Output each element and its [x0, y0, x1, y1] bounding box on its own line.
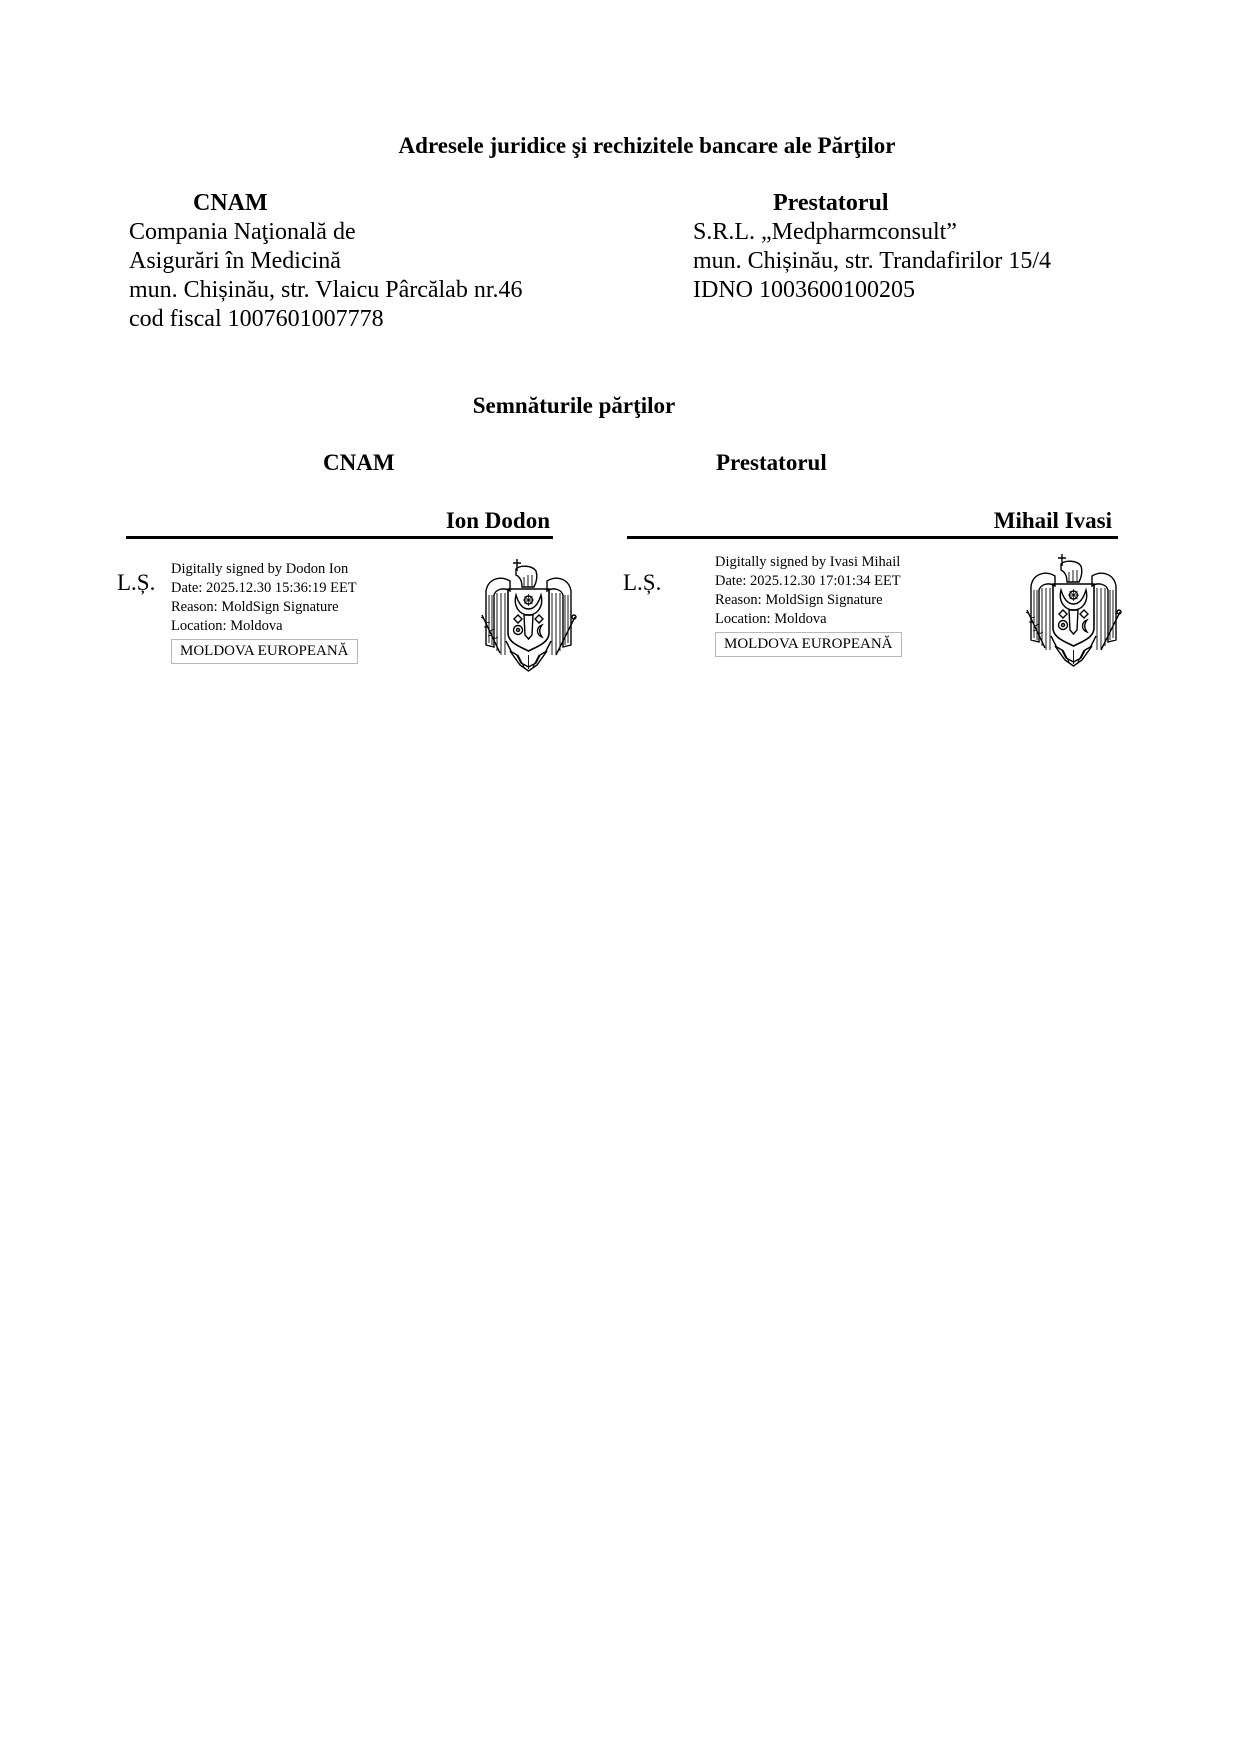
signature-date: Date: 2025.12.30 15:36:19 EET — [171, 579, 358, 598]
signature-badge: MOLDOVA EUROPEANĂ — [171, 639, 358, 664]
right-party-line: S.R.L. „Medpharmconsult” — [693, 218, 1051, 247]
right-seal-label: L.Ș. — [623, 570, 661, 596]
left-party-line: cod fiscal 1007601007778 — [129, 305, 523, 334]
left-signature-party: CNAM — [323, 449, 395, 477]
right-party-line: mun. Chișinău, str. Trandafirilor 15/4 — [693, 247, 1051, 276]
right-signature-line — [627, 536, 1118, 539]
left-party-line: Asigurări în Medicină — [129, 247, 523, 276]
right-party-line: IDNO 1003600100205 — [693, 276, 1051, 305]
right-party-heading: Prestatorul — [773, 189, 889, 218]
left-party-line: Compania Naţională de — [129, 218, 523, 247]
left-seal-label: L.Ș. — [117, 570, 155, 596]
signature-location: Location: Moldova — [171, 617, 358, 636]
signature-location: Location: Moldova — [715, 610, 902, 629]
signature-badge: MOLDOVA EUROPEANĂ — [715, 632, 902, 657]
signature-reason: Reason: MoldSign Signature — [715, 591, 902, 610]
right-digital-signature[interactable]: Digitally signed by Ivasi Mihail Date: 2… — [715, 553, 902, 657]
moldova-coat-of-arms-icon — [1025, 550, 1122, 667]
left-party-heading: CNAM — [193, 189, 268, 218]
right-signer-name: Mihail Ivasi — [994, 507, 1112, 535]
addresses-title: Adresele juridice şi rechizitele bancare… — [0, 132, 1241, 160]
signatures-title: Semnăturile părţilor — [0, 392, 1148, 420]
moldova-coat-of-arms-icon — [480, 555, 577, 672]
signature-reason: Reason: MoldSign Signature — [171, 598, 358, 617]
left-signature-line — [126, 536, 553, 539]
right-party-address: S.R.L. „Medpharmconsult” mun. Chișinău, … — [693, 218, 1051, 305]
signature-date: Date: 2025.12.30 17:01:34 EET — [715, 572, 902, 591]
signed-by-text: Digitally signed by Dodon Ion — [171, 560, 358, 579]
right-signature-party: Prestatorul — [716, 449, 827, 477]
left-digital-signature[interactable]: Digitally signed by Dodon Ion Date: 2025… — [171, 560, 358, 664]
left-party-address: Compania Naţională de Asigurări în Medic… — [129, 218, 523, 334]
left-party-line: mun. Chișinău, str. Vlaicu Pârcălab nr.4… — [129, 276, 523, 305]
signed-by-text: Digitally signed by Ivasi Mihail — [715, 553, 902, 572]
left-signer-name: Ion Dodon — [446, 507, 550, 535]
